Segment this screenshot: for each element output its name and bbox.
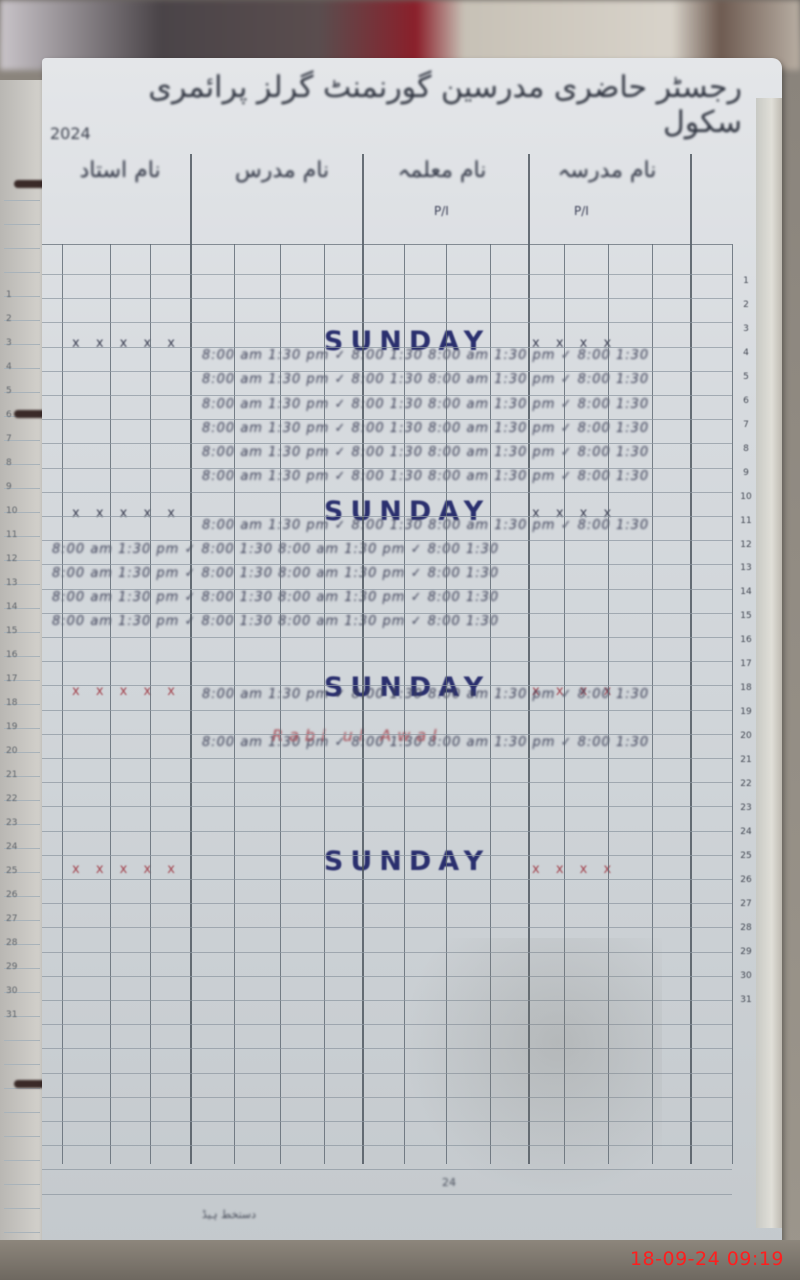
row-number: 27 [736,899,756,909]
row-number: 3 [736,324,756,334]
grid-row-line [42,492,732,493]
row-number: 13 [736,563,756,573]
previous-page-row-number: 20 [6,746,17,756]
attendance-entry: 8:00 am 1:30 pm ✓ 8:00 1:30 8:00 am 1:30… [202,348,649,363]
grid-column-line [690,154,692,1164]
grid-row-line [42,831,732,832]
grid-row-line [42,637,732,638]
previous-page-line [4,1064,40,1065]
register-page: رجسٹر حاضری مدرسین گورنمنٹ گرلز پرائمری … [42,58,782,1248]
attendance-entry: 8:00 am 1:30 pm ✓ 8:00 1:30 8:00 am 1:30… [52,590,499,605]
grid-row-line [42,274,732,275]
row-number: 11 [736,516,756,526]
previous-page-row-number: 9 [6,482,12,492]
attendance-entry: 8:00 am 1:30 pm ✓ 8:00 1:30 8:00 am 1:30… [202,469,649,484]
grid-column-line [732,244,733,1164]
footer-total: 24 [442,1176,456,1189]
grid-row-line [42,927,732,928]
previous-page-row-number: 1 [6,290,12,300]
row-number: 31 [736,995,756,1005]
previous-page-line [4,1160,40,1161]
attendance-marks: x x x x x [72,862,181,877]
row-number: 30 [736,971,756,981]
previous-page-row-number: 7 [6,434,12,444]
grid-row-line [42,371,732,372]
row-number: 26 [736,875,756,885]
grid-row-line [42,855,732,856]
previous-page-edge: 1234567891011121314151617181920212223242… [0,80,48,1240]
row-number: 16 [736,635,756,645]
register-title: رجسٹر حاضری مدرسین گورنمنٹ گرلز پرائمری … [102,70,742,140]
attendance-entry: 8:00 am 1:30 pm ✓ 8:00 1:30 8:00 am 1:30… [52,566,499,581]
previous-page-row-number: 30 [6,986,17,996]
row-number: 28 [736,923,756,933]
grid-row-line [42,903,732,904]
previous-page-row-number: 25 [6,866,17,876]
row-number: 4 [736,348,756,358]
previous-page-row-number: 12 [6,554,17,564]
attendance-entry: 8:00 am 1:30 pm ✓ 8:00 1:30 8:00 am 1:30… [202,372,649,387]
previous-page-row-number: 11 [6,530,17,540]
row-number: 18 [736,683,756,693]
previous-page-row-number: 26 [6,890,17,900]
attendance-entry: 8:00 am 1:30 pm ✓ 8:00 1:30 8:00 am 1:30… [202,397,649,412]
sunday-label: SUNDAY [292,846,522,877]
previous-page-row-number: 14 [6,602,17,612]
grid-row-line [42,613,732,614]
previous-page-row-number: 24 [6,842,17,852]
grid-row-line [42,806,732,807]
register-year: 2024 [50,124,91,143]
grid-row-line [42,589,732,590]
attendance-entry: 8:00 am 1:30 pm ✓ 8:00 1:30 8:00 am 1:30… [202,518,649,533]
grid-column-line [234,244,235,1164]
row-number: 9 [736,468,756,478]
row-number: 24 [736,827,756,837]
grid-column-line [362,154,364,1164]
attendance-entry: 8:00 am 1:30 pm ✓ 8:00 1:30 8:00 am 1:30… [202,445,649,460]
previous-page-line [4,1112,40,1113]
previous-page-row-number: 22 [6,794,17,804]
column-header-4: نام مدرسہ [522,158,692,183]
row-number: 21 [736,755,756,765]
grid-row-line [42,419,732,420]
grid-row-line [42,685,732,686]
previous-page-line [4,248,40,249]
attendance-entry: 8:00 am 1:30 pm ✓ 8:00 1:30 8:00 am 1:30… [52,614,499,629]
attendance-marks: x x x x x [72,506,181,521]
holiday-note: Rabi ul Awal [272,726,443,745]
previous-page-row-number: 4 [6,362,12,372]
column-subheader-pi: P/I [574,204,589,218]
row-number: 20 [736,731,756,741]
row-number: 8 [736,444,756,454]
grid-row-line [42,564,732,565]
previous-page-row-number: 16 [6,650,17,660]
photo-timestamp: 18-09-24 09:19 [630,1248,784,1270]
row-number: 1 [736,276,756,286]
previous-page-row-number: 3 [6,338,12,348]
previous-page-row-number: 10 [6,506,17,516]
row-number: 15 [736,611,756,621]
previous-page-row-number: 23 [6,818,17,828]
row-number: 5 [736,372,756,382]
previous-page-line [4,224,40,225]
grid-row-line [42,661,732,662]
grid-row-line [42,347,732,348]
previous-page-row-number: 17 [6,674,17,684]
previous-page-row-number: 31 [6,1010,17,1020]
previous-page-row-number: 28 [6,938,17,948]
previous-page-row-number: 13 [6,578,17,588]
grid-column-line [110,244,111,1164]
row-number: 19 [736,707,756,717]
grid-row-line [42,322,732,323]
grid-column-line [150,244,151,1164]
previous-page-row-number: 5 [6,386,12,396]
attendance-entry: 8:00 am 1:30 pm ✓ 8:00 1:30 8:00 am 1:30… [52,542,499,557]
previous-page-line [4,1040,40,1041]
grid-column-line [190,154,192,1164]
previous-page-line [4,200,40,201]
grid-row-line [42,540,732,541]
signature-note: دستخط ہیڈ [202,1208,256,1221]
grid-column-line [324,244,325,1164]
page-edge [756,98,782,1228]
previous-page-line [4,1184,40,1185]
row-number: 6 [736,396,756,406]
attendance-marks: x x x x x [72,336,181,351]
previous-page-row-number: 21 [6,770,17,780]
row-number: 12 [736,540,756,550]
previous-page-line [4,1208,40,1209]
column-header-1: نام استاد [50,158,190,183]
previous-page-row-number: 2 [6,314,12,324]
previous-page-row-number: 6 [6,410,12,420]
grid-row-line [42,298,732,299]
grid-row-line [42,879,732,880]
grid-row-line [42,782,732,783]
grid-row-line [42,468,732,469]
column-header-2: نام مدرس [202,158,362,183]
attendance-marks: x x x x [532,862,617,877]
grid-column-line [62,244,63,1164]
row-number: 2 [736,300,756,310]
grid-row-line [42,710,732,711]
row-number: 14 [736,587,756,597]
previous-page-row-number: 27 [6,914,17,924]
grid-column-line [280,244,281,1164]
row-number: 23 [736,803,756,813]
header-divider [42,244,732,245]
attendance-entry: 8:00 am 1:30 pm ✓ 8:00 1:30 8:00 am 1:30… [202,687,649,702]
previous-page-line [4,272,40,273]
row-number: 29 [736,947,756,957]
previous-page-row-number: 18 [6,698,17,708]
row-number: 25 [736,851,756,861]
page-fold-shadow [402,938,662,1198]
row-number: 22 [736,779,756,789]
previous-page-line [4,1088,40,1089]
row-number: 17 [736,659,756,669]
column-subheader-pi: P/I [434,204,449,218]
previous-page-row-number: 15 [6,626,17,636]
grid-row-line [42,443,732,444]
column-header-3: نام معلمہ [362,158,522,183]
previous-page-row-number: 8 [6,458,12,468]
attendance-entry: 8:00 am 1:30 pm ✓ 8:00 1:30 8:00 am 1:30… [202,421,649,436]
row-number: 10 [736,492,756,502]
grid-row-line [42,395,732,396]
previous-page-line [4,1136,40,1137]
previous-page-row-number: 29 [6,962,17,972]
grid-row-line [42,734,732,735]
previous-page-line [4,1232,40,1233]
grid-row-line [42,516,732,517]
row-number: 7 [736,420,756,430]
previous-page-row-number: 19 [6,722,17,732]
grid-row-line [42,758,732,759]
